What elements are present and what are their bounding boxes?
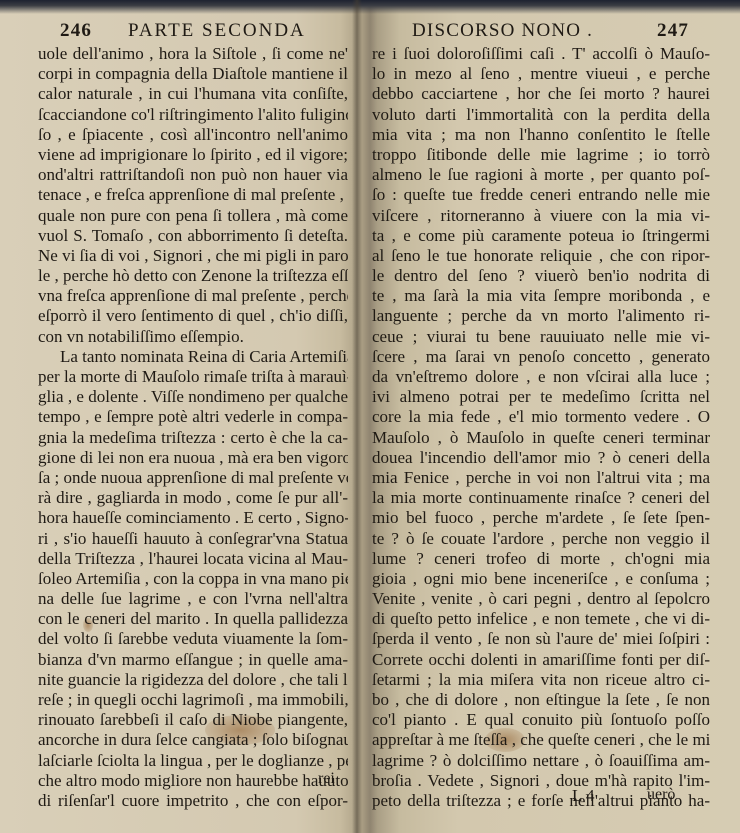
text-line: tempo , e ſempre potè altri vederle in c… — [38, 407, 348, 427]
text-line: core la mia fede , e'l mio tormento vede… — [372, 407, 710, 427]
text-line: lagrime ? ò dolciſſimo nettare , ò ſoaui… — [372, 751, 710, 771]
text-line: che altro modo migliore non haurebbe hau… — [38, 771, 348, 791]
text-line: ſcacciandone co'l riſtringimento l'alito… — [38, 105, 348, 125]
text-line: lo in mezo al ſeno , mentre viueui , e p… — [372, 64, 710, 84]
page-number-right: 247 — [657, 20, 689, 42]
text-line: laſciarle ſciolta la lingua , per le dog… — [38, 751, 348, 771]
text-line: mia Fenice , perche in voi non l'altrui … — [372, 468, 710, 488]
text-line: ſcere , ma ſarai vn penoſo concetto , ge… — [372, 347, 710, 367]
page-number-left: 246 — [60, 20, 92, 42]
text-line: ri , s'io haueſſi hauuto à conſegrar'vna… — [38, 529, 348, 549]
text-line: voluto darti l'immortalità con la perdit… — [372, 105, 710, 125]
text-line: re i ſuoi doloroſiſſimi caſi . T' accolſ… — [372, 44, 710, 64]
text-line: ſoleo Artemiſia , con la coppa in vna ma… — [38, 569, 348, 589]
book-gutter — [352, 0, 362, 833]
text-line: viſcere , ritorneranno à viuere con la m… — [372, 206, 710, 226]
text-line: ſo , e ſpiacente , così all'incontro nel… — [38, 125, 348, 145]
text-line: nite guancie la rigidezza del dolore , c… — [38, 670, 348, 690]
left-page-body: uole dell'animo , hora la Siſtole , ſi c… — [38, 44, 348, 811]
text-line: viene ad imprigionare lo ſpirito , ed il… — [38, 145, 348, 165]
text-line: gioia , ogni mio bene inceneriſce , e co… — [372, 569, 710, 589]
text-line: languente ; perche da vn morto l'aliment… — [372, 306, 710, 326]
text-line: Venite , venite , ò cari pegni , dentro … — [372, 589, 710, 609]
text-line: ivi almeno potrai per te medeſimo ſcritt… — [372, 387, 710, 407]
text-line: lume ? ceneri trofeo di morte , ch'ogni … — [372, 549, 710, 569]
text-line: bo , che di dolore , non eſtingue la ſet… — [372, 690, 710, 710]
catchword-right: uerò — [647, 786, 675, 804]
text-line: ſperda il vento , ſe non sù l'aure de' m… — [372, 629, 710, 649]
running-head-left: PARTE SECONDA — [128, 20, 306, 42]
text-line: reſe ; in quegli occhi lagrimoſi , ma im… — [38, 690, 348, 710]
text-line: ond'altri rattriſtandoſi non può non hau… — [38, 165, 348, 185]
text-line: di queſto petto infelice , e non temete … — [372, 609, 710, 629]
text-line: al ſeno le tue honorate reliquie , che c… — [372, 246, 710, 266]
text-line: ancorche in dura ſelce cangiata ; ſolo b… — [38, 730, 348, 750]
text-line: almeno le ſue ragioni à morte , per quan… — [372, 165, 710, 185]
text-line: ceue ; viurai tu bene rauuiuato nelle mi… — [372, 327, 710, 347]
text-line: eſporrò il vero ſentimento di quel , ch'… — [38, 306, 348, 326]
text-line: hora haueſſe cominciamento . E certo , S… — [38, 508, 348, 528]
text-line: Correte occhi dolenti in amariſſime font… — [372, 650, 710, 670]
text-line: di riſenſar'l cuore impetrito , che con … — [38, 791, 348, 811]
text-line: le , perche hò detto con Zenone la triſt… — [38, 266, 348, 286]
text-line: gione di lei non era nuoua , mà era ben … — [38, 448, 348, 468]
text-line: troppo ſitibonde delle mie lagrime ; io … — [372, 145, 710, 165]
text-line: del volto ſi ſarebbe veduta viuamente la… — [38, 629, 348, 649]
text-line: rà dire , gagliarda in modo , come ſe pu… — [38, 488, 348, 508]
running-head-right: DISCORSO NONO . — [412, 20, 593, 42]
text-line: doueа l'incendio dell'amor mio ? ò cener… — [372, 448, 710, 468]
top-edge-shadow — [0, 0, 740, 14]
text-line: quale non pure con pena ſi tollera , mà … — [38, 206, 348, 226]
text-line: co'l pianto . E qual conuito più ſontuoſ… — [372, 710, 710, 730]
text-line: ſo : queſte tue fredde ceneri entrando n… — [372, 185, 710, 205]
catchword-left: rei — [318, 770, 335, 788]
text-line: per la morte di Mauſolo rimaſe triſta à … — [38, 367, 348, 387]
text-line: corpi in compagnia della Diaſtole mantie… — [38, 64, 348, 84]
text-line: te , ma ſarà la mia vita ſempre moribond… — [372, 286, 710, 306]
right-page-body: re i ſuoi doloroſiſſimi caſi . T' accolſ… — [372, 44, 710, 811]
text-line: la mia morte continuamente rinaſce ? cen… — [372, 488, 710, 508]
text-line: appreſtar à me ſteſſa , che queſte cener… — [372, 730, 710, 750]
text-line: bianza d'vn marmo eſſangue ; in quelle a… — [38, 650, 348, 670]
text-line: calor naturale , in cui l'humana vita co… — [38, 84, 348, 104]
text-line: da vn'eſtremo dolore , e non vſcirai all… — [372, 367, 710, 387]
right-page-header: DISCORSO NONO . 247 — [392, 20, 712, 42]
text-line: debbo cacciartene , hor che ſei morto ? … — [372, 84, 710, 104]
text-line: vna freſca apprenſione di mal preſente ,… — [38, 286, 348, 306]
signature-mark: L 4 — [572, 786, 595, 806]
text-line: gnia la medeſima triſtezza : certo è che… — [38, 428, 348, 448]
text-line: na delle ſue lagrime , e con l'vrna nell… — [38, 589, 348, 609]
text-line: glia , e dolente . Viſſe nondimeno per q… — [38, 387, 348, 407]
book-spread: 246 PARTE SECONDA uole dell'animo , hora… — [0, 0, 740, 833]
text-line: mia vita ; ma non l'hanno conſentito le … — [372, 125, 710, 145]
text-line: rinouato ſarebbeſi il caſo di Niobe pian… — [38, 710, 348, 730]
text-line: mio bel fuoco , perche m'ardete , ſe ſet… — [372, 508, 710, 528]
text-line: ſetarmi ; la mia miſera vita non riceue … — [372, 670, 710, 690]
text-line: vuol S. Tomaſo , con abborrimento ſi det… — [38, 226, 348, 246]
text-line: con vn notabiliſſimo eſſempio. — [38, 327, 348, 347]
text-line: con le ceneri del marito . In quella pal… — [38, 609, 348, 629]
text-line: Mauſolo , ò Mauſolo in queſte ceneri ter… — [372, 428, 710, 448]
text-line: uole dell'animo , hora la Siſtole , ſi c… — [38, 44, 348, 64]
text-line: tenace , e freſca apprenſione di mal pre… — [38, 185, 348, 205]
left-page-header: 246 PARTE SECONDA — [60, 20, 350, 42]
text-line: ſa ; onde nuoua apprenſione di mal preſe… — [38, 468, 348, 488]
text-line: della Triſtezza , l'haurei locata vicina… — [38, 549, 348, 569]
text-line: ta , e come più caramente poteua io ſtri… — [372, 226, 710, 246]
text-line: Ne vi ſia di voi , Signori , che mi pigl… — [38, 246, 348, 266]
text-line: te ? ò ſe couate l'ardore , perche non v… — [372, 529, 710, 549]
text-line: le dentro del ſeno ? viuerò ben'io nodri… — [372, 266, 710, 286]
paragraph-start-line: La tanto nominata Reina di Caria Artemiſ… — [38, 347, 348, 367]
